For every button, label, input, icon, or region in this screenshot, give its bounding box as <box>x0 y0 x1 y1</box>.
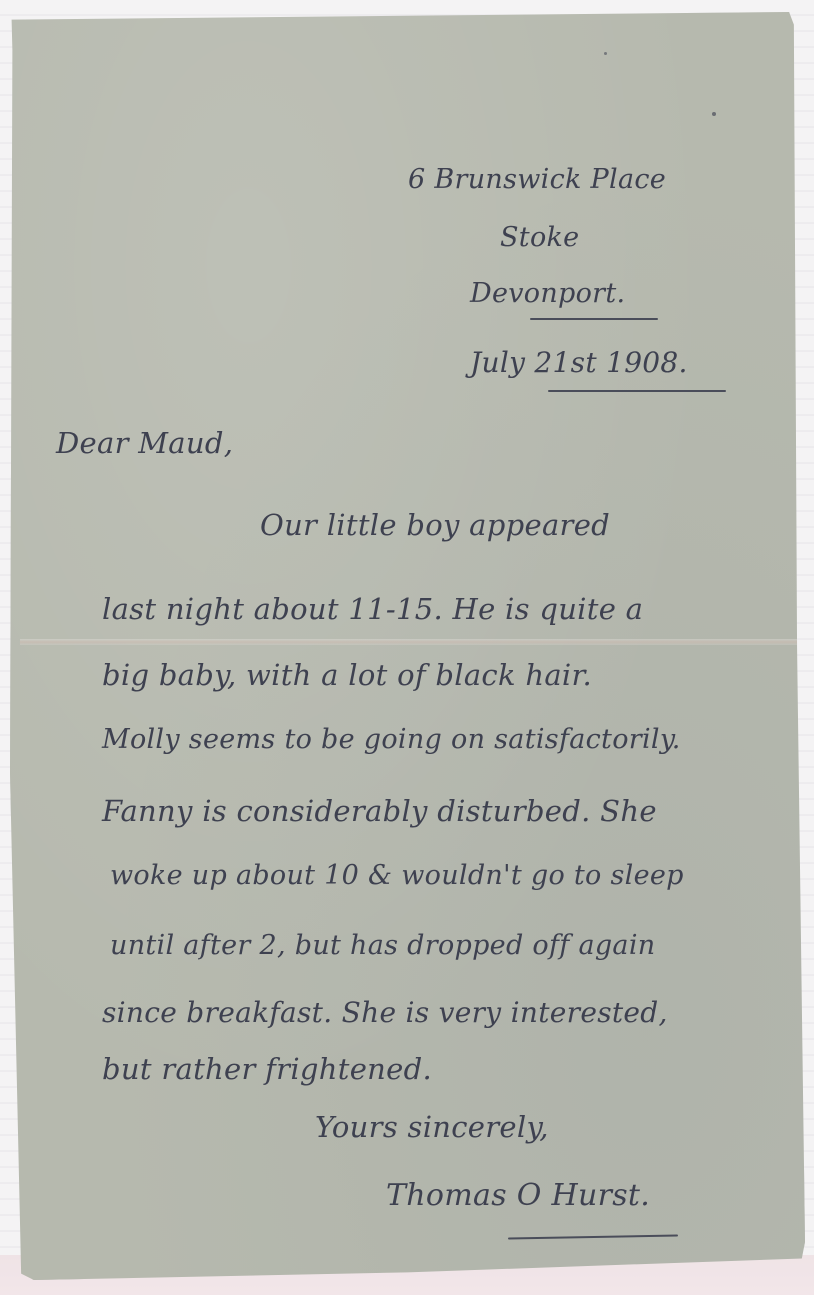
paper-fold-crease <box>20 639 805 645</box>
address-line-2: Stoke <box>500 222 579 253</box>
body-line-1: Our little boy appeared <box>260 508 610 542</box>
body-line-6: woke up about 10 & wouldn't go to sleep <box>110 860 684 891</box>
body-line-5: Fanny is considerably disturbed. She <box>102 794 657 828</box>
closing: Yours sincerely, <box>315 1110 549 1144</box>
signature-flourish <box>508 1235 678 1240</box>
body-line-2: last night about 11-15. He is quite a <box>102 592 643 626</box>
signature: Thomas O Hurst. <box>386 1178 650 1213</box>
address-underline <box>530 318 658 320</box>
body-line-3: big baby, with a lot of black hair. <box>102 658 592 692</box>
address-line-3: Devonport. <box>470 278 625 309</box>
date-underline <box>548 390 726 392</box>
paper-speck <box>604 52 607 55</box>
letter-date: July 21st 1908. <box>470 346 688 379</box>
paper-speck <box>712 112 716 116</box>
letter-paper: 6 Brunswick Place Stoke Devonport. July … <box>10 12 805 1280</box>
address-line-1: 6 Brunswick Place <box>408 164 666 195</box>
body-line-4: Molly seems to be going on satisfactoril… <box>102 724 681 755</box>
body-line-9: but rather frightened. <box>102 1052 432 1086</box>
salutation: Dear Maud, <box>56 426 233 460</box>
body-line-7: until after 2, but has dropped off again <box>110 930 655 961</box>
body-line-8: since breakfast. She is very interested, <box>102 996 668 1029</box>
